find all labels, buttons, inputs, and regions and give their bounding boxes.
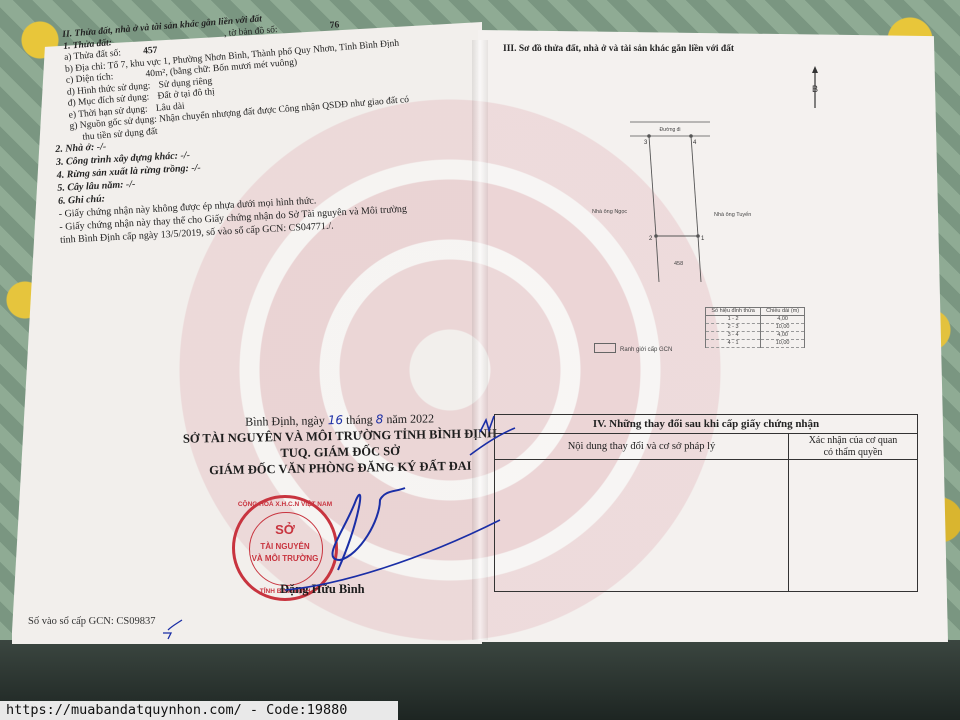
- signature-block: Bình Định, ngày 16 tháng 8 năm 2022 SỞ T…: [179, 409, 500, 479]
- gcn-record-number: Số vào sổ cấp GCN: CS09837: [28, 616, 155, 627]
- date-day: 16: [328, 413, 344, 427]
- svg-text:458: 458: [674, 261, 683, 267]
- changes-table: IV. Những thay đổi sau khi cấp giấy chứn…: [494, 414, 918, 592]
- legend-label: Ranh giới cấp GCN: [620, 347, 672, 353]
- table-row: 2 - 310,00: [706, 324, 805, 332]
- parcel-diagram: Đường đi 3 4 2 1 Nhà ông Ngọc Nhà ông Tu…: [590, 112, 770, 292]
- table-row: 1 - 24,00: [706, 316, 805, 324]
- svg-text:3: 3: [644, 140, 648, 146]
- dim-header-length: Chiều dài (m): [761, 308, 805, 316]
- svg-text:Nhà ông Tuyến: Nhà ông Tuyến: [714, 212, 751, 218]
- north-arrow-icon: B: [808, 66, 822, 108]
- dimension-table: Số hiệu đỉnh thửa Chiều dài (m) 1 - 24,0…: [705, 307, 805, 348]
- map-sheet-number: 76: [329, 20, 339, 31]
- svg-text:2: 2: [649, 236, 653, 242]
- section3-title: III. Sơ đồ thửa đất, nhà ở và tài sản kh…: [503, 44, 734, 54]
- svg-text:4: 4: [693, 140, 697, 146]
- changes-confirmation-cell: [789, 460, 917, 592]
- svg-text:Đường đi: Đường đi: [659, 127, 680, 133]
- notes-section: 2. Nhà ở: -/- 3. Công trình xây dựng khá…: [55, 125, 408, 247]
- term-value: Lâu dài: [156, 101, 185, 113]
- svg-text:B: B: [812, 84, 818, 94]
- changes-content-cell: [495, 460, 789, 592]
- svg-text:Nhà ông Ngọc: Nhà ông Ngọc: [592, 209, 627, 215]
- table-row: 4 - 110,00: [706, 340, 805, 348]
- changes-col-content: Nội dung thay đổi và cơ sở pháp lý: [495, 434, 789, 459]
- date-month: 8: [376, 412, 384, 426]
- parcel-number: 457: [143, 46, 158, 57]
- table-row: 3 - 44,00: [706, 332, 805, 340]
- svg-text:1: 1: [701, 236, 705, 242]
- book-spine: [472, 40, 488, 640]
- changes-col-confirmation: Xác nhận của cơ quan có thẩm quyền: [789, 434, 917, 459]
- section4-title: IV. Những thay đổi sau khi cấp giấy chứn…: [495, 415, 917, 434]
- dim-header-vertex: Số hiệu đỉnh thửa: [706, 308, 761, 316]
- signer-name: Đặng Hữu Bình: [280, 582, 365, 597]
- legend-boundary-icon: [594, 343, 616, 353]
- site-watermark: https://muabandatquynhon.com/ - Code:198…: [0, 701, 398, 720]
